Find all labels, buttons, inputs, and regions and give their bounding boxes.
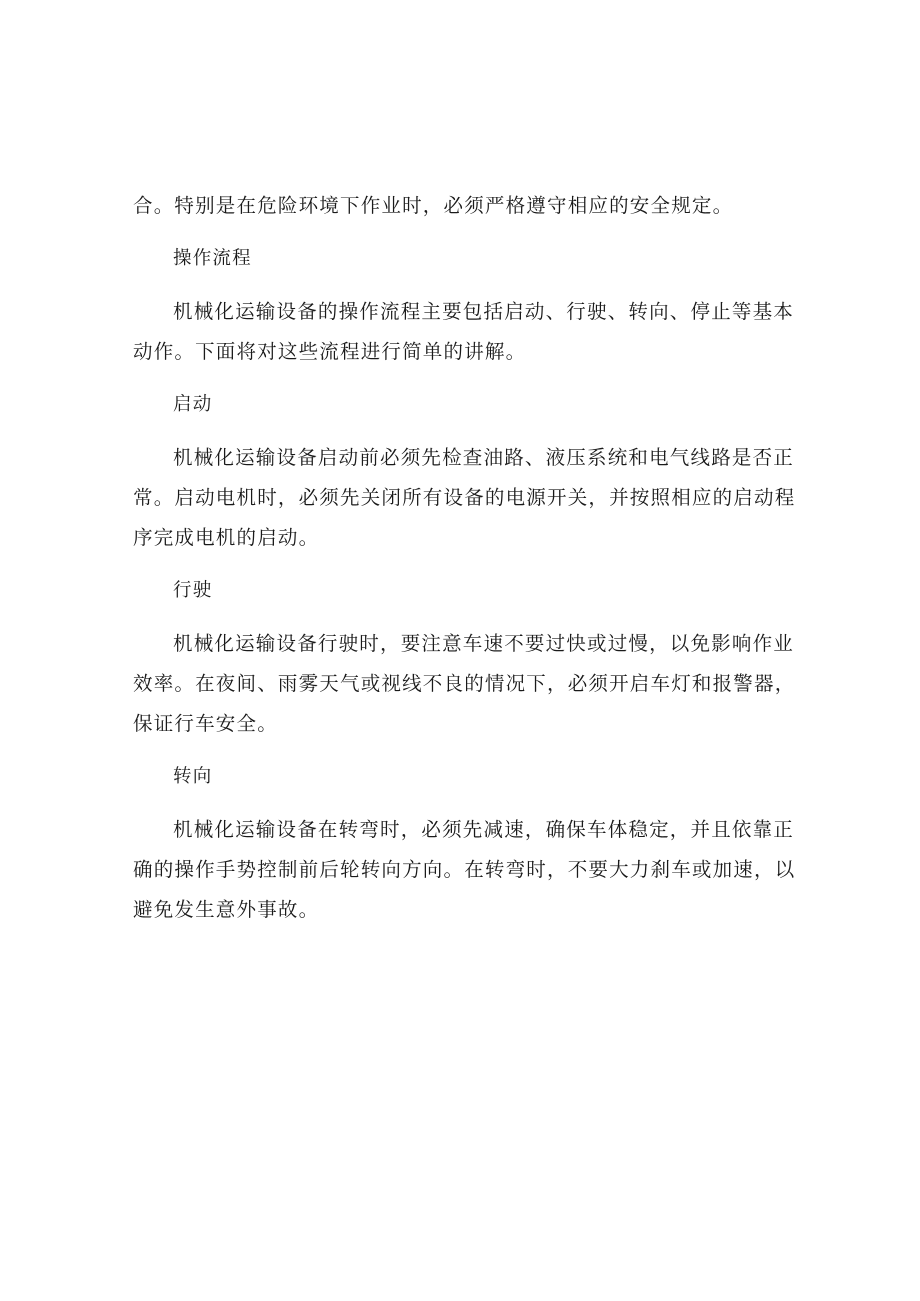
paragraph-line: 机械化运输设备启动前必须先检查油路、液压系统和电气线路是否正 [133, 438, 777, 478]
paragraph-line: 机械化运输设备在转弯时，必须先减速，确保车体稳定，并且依靠正 [133, 810, 777, 850]
section-heading-driving: 行驶 [133, 571, 777, 611]
paragraph-line: 效率。在夜间、雨雾天气或视线不良的情况下，必须开启车灯和报警器， [133, 664, 777, 704]
paragraph-line: 确的操作手势控制前后轮转向方向。在转弯时，不要大力刹车或加速，以 [133, 850, 777, 890]
paragraph-line: 合。特别是在危险环境下作业时，必须严格遵守相应的安全规定。 [133, 186, 777, 226]
section-heading-steering: 转向 [133, 757, 777, 797]
paragraph-line: 机械化运输设备的操作流程主要包括启动、行驶、转向、停止等基本 [133, 292, 777, 332]
paragraph-line: 机械化运输设备行驶时，要注意车速不要过快或过慢，以免影响作业 [133, 624, 777, 664]
paragraph-line: 序完成电机的启动。 [133, 518, 777, 558]
section-heading-operation-flow: 操作流程 [133, 239, 777, 279]
paragraph-line: 动作。下面将对这些流程进行简单的讲解。 [133, 332, 777, 372]
paragraph-line: 避免发生意外事故。 [133, 890, 777, 930]
paragraph-line: 常。启动电机时，必须先关闭所有设备的电源开关，并按照相应的启动程 [133, 478, 777, 518]
section-heading-start: 启动 [133, 385, 777, 425]
paragraph-line: 保证行车安全。 [133, 704, 777, 744]
document-page: 合。特别是在危险环境下作业时，必须严格遵守相应的安全规定。 操作流程 机械化运输… [133, 186, 777, 930]
